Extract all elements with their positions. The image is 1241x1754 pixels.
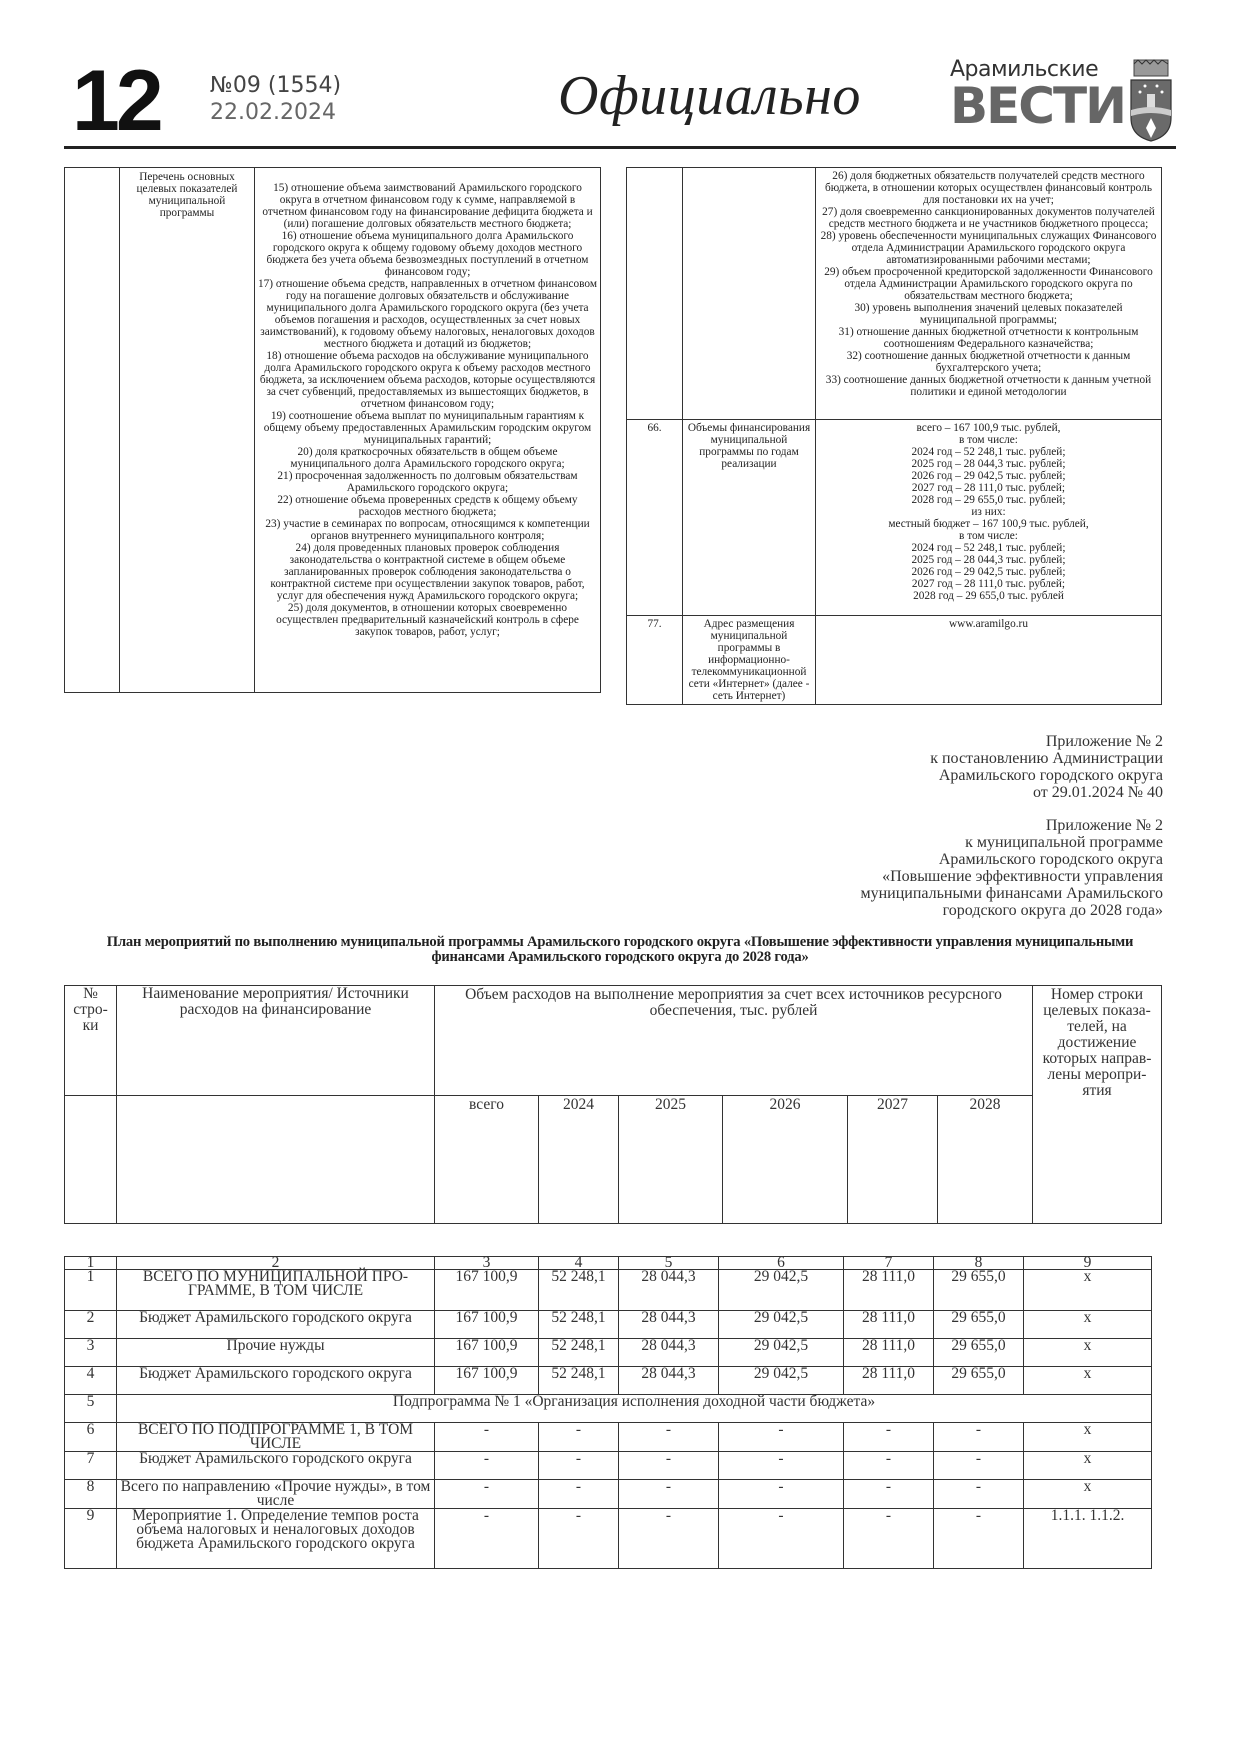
indicator-item: 15) отношение объема заимствований Арами…: [258, 182, 597, 230]
header-2025: 2025: [619, 1096, 723, 1224]
appendix-line: Приложение № 2: [930, 733, 1163, 750]
row-number: 3: [65, 1339, 117, 1367]
passport-table-right: 26) доля бюджетных обязательств получате…: [626, 167, 1162, 705]
value-y2027: -: [844, 1480, 934, 1509]
header-total: всего: [435, 1096, 539, 1224]
row-name: Прочие нужды: [117, 1339, 435, 1367]
row-number: 8: [65, 1480, 117, 1509]
appendix-decree: Приложение № 2к постановлению Администра…: [930, 733, 1163, 801]
indicator-item: 21) просроченная задолженность по долгов…: [258, 470, 597, 494]
appendix-line: «Повышение эффективности управления: [860, 868, 1163, 885]
section-title: Официально: [558, 64, 861, 128]
row-number: 5: [65, 1395, 117, 1423]
target-ref: x: [1024, 1480, 1152, 1509]
financing-line: 2026 год – 29 042,5 тыс. рублей;: [819, 470, 1158, 482]
financing-line: в том числе:: [819, 530, 1158, 542]
target-ref: x: [1024, 1423, 1152, 1452]
row-number: 9: [65, 1509, 117, 1569]
value-y2027: 28 111,0: [844, 1311, 934, 1339]
financing-line: 2027 год – 28 111,0 тыс. рублей;: [819, 578, 1158, 590]
target-indicators-list: 15) отношение объема заимствований Арами…: [255, 168, 601, 693]
financing-line: 2028 год – 29 655,0 тыс. рублей: [819, 590, 1158, 602]
indicator-item: 18) отношение объема расходов на обслужи…: [258, 350, 597, 410]
value-y2026: -: [719, 1480, 844, 1509]
financing-line: 2028 год – 29 655,0 тыс. рублей;: [819, 494, 1158, 506]
row-label: Объемы финансирования муниципальной прог…: [683, 420, 816, 616]
value-y2027: -: [844, 1509, 934, 1569]
row-number-cell: [627, 168, 683, 420]
row-name: Бюджет Арамильского городского округа: [117, 1311, 435, 1339]
table-row: 4Бюджет Арамильского городского округа16…: [65, 1367, 1152, 1395]
value-y2026: -: [719, 1452, 844, 1480]
table-row: 2Бюджет Арамильского городского округа16…: [65, 1311, 1152, 1339]
financing-line: 2026 год – 29 042,5 тыс. рублей;: [819, 566, 1158, 578]
value-y2026: 29 042,5: [719, 1270, 844, 1311]
value-y2027: -: [844, 1423, 934, 1452]
row-name: Мероприятие 1. Определение темпов роста …: [117, 1509, 435, 1569]
page-header: 12 №09 (1554) 22.02.2024 Официально Арам…: [64, 0, 1176, 150]
coat-of-arms-icon: [1128, 58, 1174, 142]
value-y2025: -: [619, 1423, 719, 1452]
value-y2028: 29 655,0: [934, 1367, 1024, 1395]
brand-big: ВЕСТИ: [950, 82, 1120, 130]
financing-line: местный бюджет – 167 100,9 тыс. рублей,: [819, 518, 1158, 530]
value-y2026: 29 042,5: [719, 1339, 844, 1367]
financing-volumes: всего – 167 100,9 тыс. рублей,в том числ…: [816, 420, 1162, 616]
row-name: Бюджет Арамильского городского округа: [117, 1367, 435, 1395]
value-y2027: 28 111,0: [844, 1270, 934, 1311]
value-y2024: 52 248,1: [539, 1311, 619, 1339]
subprogram-title: Подпрограмма № 1 «Организация исполнения…: [117, 1395, 1152, 1423]
appendix-line: Приложение № 2: [860, 817, 1163, 834]
issue-date: 22.02.2024: [210, 99, 341, 126]
value-y2028: 29 655,0: [934, 1339, 1024, 1367]
header-target: Номер строки целевых показа-телей, на до…: [1033, 986, 1162, 1224]
row-name: ВСЕГО ПО ПОДПРОГРАММЕ 1, В ТОМ ЧИСЛЕ: [117, 1423, 435, 1452]
row-number: 6: [65, 1423, 117, 1452]
row-number: 77.: [627, 616, 683, 705]
financing-line: всего – 167 100,9 тыс. рублей,: [819, 422, 1158, 434]
value-total: 167 100,9: [435, 1339, 539, 1367]
header-name: Наименование мероприятия/ Источники расх…: [117, 986, 435, 1096]
value-y2026: -: [719, 1509, 844, 1569]
value-total: -: [435, 1423, 539, 1452]
header-empty: [117, 1096, 435, 1224]
appendix-line: муниципальными финансами Арамильского: [860, 885, 1163, 902]
indicator-item: 24) доля проведенных плановых проверок с…: [258, 542, 597, 602]
financing-line: 2025 год – 28 044,3 тыс. рублей;: [819, 554, 1158, 566]
appendix-line: к постановлению Администрации: [930, 750, 1163, 767]
value-total: -: [435, 1452, 539, 1480]
target-ref: x: [1024, 1270, 1152, 1311]
indicator-item: 29) объем просроченной кредиторской задо…: [819, 266, 1158, 302]
value-total: 167 100,9: [435, 1367, 539, 1395]
plan-table: 1234567891ВСЕГО ПО МУНИЦИПАЛЬНОЙ ПРО-ГРА…: [64, 1256, 1152, 1569]
header-row-number: № стро-ки: [65, 986, 117, 1096]
value-y2028: -: [934, 1480, 1024, 1509]
appendix-line: к муниципальной программе: [860, 834, 1163, 851]
row-label: Адрес размещения муниципальной программы…: [683, 616, 816, 705]
value-total: -: [435, 1480, 539, 1509]
header-2028: 2028: [938, 1096, 1033, 1224]
indicator-item: 22) отношение объема проверенных средств…: [258, 494, 597, 518]
value-y2028: 29 655,0: [934, 1311, 1024, 1339]
value-y2026: 29 042,5: [719, 1311, 844, 1339]
value-y2028: -: [934, 1423, 1024, 1452]
value-y2025: 28 044,3: [619, 1367, 719, 1395]
indicator-item: 23) участие в семинарах по вопросам, отн…: [258, 518, 597, 542]
appendix-line: от 29.01.2024 № 40: [930, 784, 1163, 801]
table-row: 8Всего по направлению «Прочие нужды», в …: [65, 1480, 1152, 1509]
indicator-item: 16) отношение объема муниципального долг…: [258, 230, 597, 278]
target-indicators-list: 26) доля бюджетных обязательств получате…: [816, 168, 1162, 420]
value-y2024: -: [539, 1480, 619, 1509]
value-y2027: 28 111,0: [844, 1339, 934, 1367]
value-y2025: -: [619, 1509, 719, 1569]
indicator-item: 25) доля документов, в отношении которых…: [258, 602, 597, 638]
indicator-item: 33) соотношение данных бюджетной отчетно…: [819, 374, 1158, 398]
value-y2025: 28 044,3: [619, 1270, 719, 1311]
indicator-item: 20) доля краткосрочных обязательств в об…: [258, 446, 597, 470]
value-y2027: -: [844, 1452, 934, 1480]
value-total: 167 100,9: [435, 1311, 539, 1339]
indicator-item: 28) уровень обеспеченности муниципальных…: [819, 230, 1158, 266]
financing-line: 2027 год – 28 111,0 тыс. рублей;: [819, 482, 1158, 494]
indicator-item: 30) уровень выполнения значений целевых …: [819, 302, 1158, 326]
row-name: ВСЕГО ПО МУНИЦИПАЛЬНОЙ ПРО-ГРАММЕ, В ТОМ…: [117, 1270, 435, 1311]
value-y2026: -: [719, 1423, 844, 1452]
header-volume: Объем расходов на выполнение мероприятия…: [435, 986, 1033, 1096]
row-number: 2: [65, 1311, 117, 1339]
value-y2028: -: [934, 1509, 1024, 1569]
value-y2024: -: [539, 1452, 619, 1480]
passport-table-left: Перечень основных целевых показателей му…: [64, 167, 601, 693]
value-y2028: -: [934, 1452, 1024, 1480]
appendix-line: Арамильского городского округа: [930, 767, 1163, 784]
value-total: -: [435, 1509, 539, 1569]
issue-number: №09 (1554): [210, 72, 341, 99]
header-empty: [65, 1096, 117, 1224]
issue-info: №09 (1554) 22.02.2024: [210, 72, 341, 126]
financing-line: в том числе:: [819, 434, 1158, 446]
value-y2025: -: [619, 1452, 719, 1480]
row-number: 4: [65, 1367, 117, 1395]
value-y2025: 28 044,3: [619, 1311, 719, 1339]
table-row: 1ВСЕГО ПО МУНИЦИПАЛЬНОЙ ПРО-ГРАММЕ, В ТО…: [65, 1270, 1152, 1311]
table-row: 7Бюджет Арамильского городского округа--…: [65, 1452, 1152, 1480]
plan-title: План мероприятий по выполнению муниципал…: [70, 935, 1170, 965]
indicator-item: 32) соотношение данных бюджетной отчетно…: [819, 350, 1158, 374]
value-y2025: -: [619, 1480, 719, 1509]
indicator-item: 31) отношение данных бюджетной отчетност…: [819, 326, 1158, 350]
target-ref: x: [1024, 1452, 1152, 1480]
row-number: 7: [65, 1452, 117, 1480]
indicator-item: 27) доля своевременно санкционированных …: [819, 206, 1158, 230]
row-number: 66.: [627, 420, 683, 616]
table-row: 9Мероприятие 1. Определение темпов роста…: [65, 1509, 1152, 1569]
value-y2027: 28 111,0: [844, 1367, 934, 1395]
financing-line: 2024 год – 52 248,1 тыс. рублей;: [819, 446, 1158, 458]
newspaper-logo: Арамильские ВЕСТИ: [950, 58, 1120, 130]
value-y2024: 52 248,1: [539, 1339, 619, 1367]
table-row: 5Подпрограмма № 1 «Организация исполнени…: [65, 1395, 1152, 1423]
row-name: Всего по направлению «Прочие нужды», в т…: [117, 1480, 435, 1509]
header-2026: 2026: [723, 1096, 848, 1224]
header-rule: [64, 146, 1176, 149]
target-ref: x: [1024, 1311, 1152, 1339]
indicator-item: 17) отношение объема средств, направленн…: [258, 278, 597, 350]
value-y2026: 29 042,5: [719, 1367, 844, 1395]
table-row: 6ВСЕГО ПО ПОДПРОГРАММЕ 1, В ТОМ ЧИСЛЕ---…: [65, 1423, 1152, 1452]
value-y2025: 28 044,3: [619, 1339, 719, 1367]
website-link[interactable]: www.aramilgo.ru: [816, 616, 1162, 705]
value-y2028: 29 655,0: [934, 1270, 1024, 1311]
value-y2024: -: [539, 1423, 619, 1452]
row-label: [683, 168, 816, 420]
plan-table-header: № стро-ки Наименование мероприятия/ Исто…: [64, 985, 1162, 1224]
target-ref: x: [1024, 1339, 1152, 1367]
target-ref: 1.1.1. 1.1.2.: [1024, 1509, 1152, 1569]
appendix-line: Арамильского городского округа: [860, 851, 1163, 868]
value-y2024: 52 248,1: [539, 1367, 619, 1395]
target-ref: x: [1024, 1367, 1152, 1395]
financing-line: из них:: [819, 506, 1158, 518]
row-number: 1: [65, 1270, 117, 1311]
row-name: Бюджет Арамильского городского округа: [117, 1452, 435, 1480]
value-y2024: 52 248,1: [539, 1270, 619, 1311]
appendix-program: Приложение № 2к муниципальной программеА…: [860, 817, 1163, 919]
financing-line: 2025 год – 28 044,3 тыс. рублей;: [819, 458, 1158, 470]
value-total: 167 100,9: [435, 1270, 539, 1311]
page-number: 12: [72, 58, 160, 144]
appendix-line: городского округа до 2028 года»: [860, 902, 1163, 919]
row-label: Перечень основных целевых показателей му…: [120, 168, 255, 693]
indicator-item: 19) соотношение объема выплат по муницип…: [258, 410, 597, 446]
row-number-cell: [65, 168, 120, 693]
indicator-item: 26) доля бюджетных обязательств получате…: [819, 170, 1158, 206]
table-row: 3Прочие нужды167 100,952 248,128 044,329…: [65, 1339, 1152, 1367]
header-2027: 2027: [848, 1096, 938, 1224]
value-y2024: -: [539, 1509, 619, 1569]
financing-line: 2024 год – 52 248,1 тыс. рублей;: [819, 542, 1158, 554]
header-2024: 2024: [539, 1096, 619, 1224]
